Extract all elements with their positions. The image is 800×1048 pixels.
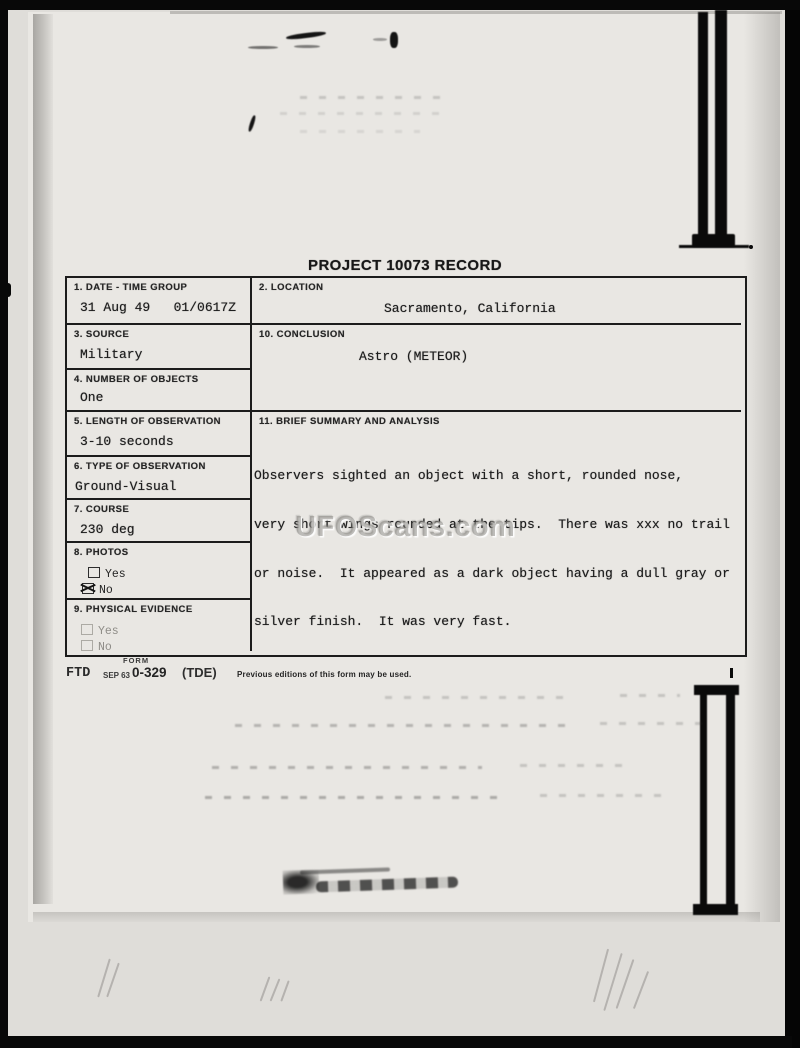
- physical-evidence-no-label: No: [98, 641, 112, 654]
- scanned-document-page: PROJECT 10073 RECORD 1. DATE - TIME GROU…: [0, 0, 800, 1048]
- footer-form-word: FORM: [123, 656, 149, 665]
- field-label: 2. LOCATION: [252, 278, 741, 293]
- film-edge-black-band: [785, 0, 800, 1048]
- film-splice-mark: [693, 904, 738, 915]
- field-label: 1. DATE - TIME GROUP: [67, 278, 250, 293]
- field-source: 3. SOURCE Military: [67, 325, 252, 370]
- physical-evidence-yes-checkbox: [81, 624, 93, 635]
- faint-bleed-text: [212, 766, 482, 769]
- physical-evidence-yes-label: Yes: [98, 625, 119, 638]
- frame-top-bar: [0, 0, 800, 10]
- field-photos: 8. PHOTOS Yes No: [67, 543, 252, 600]
- film-dot-mark: [749, 245, 753, 249]
- field-value: Military: [80, 347, 250, 362]
- faint-bleed-text: [540, 794, 670, 797]
- footer-agency: FTD: [66, 666, 90, 681]
- summary-line: Observers sighted an object with a short…: [254, 468, 741, 484]
- field-label: 8. PHOTOS: [67, 543, 250, 558]
- field-location: 2. LOCATION Sacramento, California: [252, 278, 741, 325]
- footer-form-date: SEP 63: [103, 671, 130, 680]
- document-title: PROJECT 10073 RECORD: [65, 257, 745, 274]
- faint-bleed-text: [205, 796, 505, 799]
- paper-right-edge-shadow: [744, 12, 780, 922]
- field-label: 3. SOURCE: [67, 325, 250, 340]
- field-value: One: [80, 390, 250, 405]
- field-label: 5. LENGTH OF OBSERVATION: [67, 412, 250, 427]
- summary-text: Observers sighted an object with a short…: [254, 436, 741, 663]
- field-label: 11. BRIEF SUMMARY AND ANALYSIS: [252, 412, 741, 427]
- frame-left-bar: [0, 0, 8, 1048]
- field-value: 230 deg: [80, 522, 250, 537]
- physical-evidence-no-checkbox: [81, 640, 93, 651]
- ink-smudge: [294, 45, 320, 48]
- faint-bleed-text: [620, 694, 680, 697]
- footer-form-suffix: (TDE): [182, 665, 217, 680]
- photos-no-checkbox-checked: [82, 583, 94, 594]
- faint-bleed-text: [600, 722, 710, 725]
- faint-bleed-text: [300, 130, 420, 133]
- photos-no-label: No: [99, 584, 113, 597]
- faint-bleed-text: [385, 696, 565, 699]
- field-length-of-observation: 5. LENGTH OF OBSERVATION 3-10 seconds: [67, 412, 252, 457]
- film-splice-mark: [715, 10, 727, 240]
- field-physical-evidence: 9. PHYSICAL EVIDENCE Yes No: [67, 600, 252, 651]
- field-value: 3-10 seconds: [80, 434, 250, 449]
- footer-note: Previous editions of this form may be us…: [237, 670, 411, 679]
- faint-bleed-text: [280, 112, 450, 115]
- watermark-text: UFOScans.com: [295, 511, 515, 544]
- photos-yes-checkbox: [88, 567, 100, 578]
- photos-yes-label: Yes: [105, 568, 126, 581]
- field-label: 4. NUMBER OF OBJECTS: [67, 370, 250, 385]
- footer-form-number: 0-329: [132, 665, 167, 680]
- paper-top-edge-shadow: [170, 11, 782, 14]
- film-tick-mark: [730, 668, 733, 678]
- summary-line: or noise. It appeared as a dark object h…: [254, 566, 741, 582]
- field-label: 7. COURSE: [67, 500, 250, 515]
- field-date-time-group: 1. DATE - TIME GROUP 31 Aug 49 01/0617Z: [67, 278, 252, 325]
- frame-bottom-bar: [0, 1036, 792, 1048]
- film-splice-mark: [679, 245, 749, 248]
- ink-smudge: [373, 38, 387, 41]
- field-value: 31 Aug 49 01/0617Z: [80, 300, 250, 315]
- record-form-table: 1. DATE - TIME GROUP 31 Aug 49 01/0617Z …: [65, 276, 747, 657]
- faint-bleed-text: [300, 96, 450, 99]
- field-conclusion: 10. CONCLUSION Astro (METEOR): [252, 325, 741, 412]
- faint-bleed-text: [235, 724, 565, 727]
- ink-smudge: [248, 46, 278, 49]
- field-number-of-objects: 4. NUMBER OF OBJECTS One: [67, 370, 252, 412]
- paper-left-edge-shadow: [33, 14, 53, 904]
- field-value: Sacramento, California: [384, 301, 741, 316]
- frame-left-nub: [0, 283, 11, 297]
- faint-bleed-text: [520, 764, 630, 767]
- field-value: Astro (METEOR): [359, 349, 741, 364]
- film-splice-mark: [726, 692, 735, 908]
- field-label: 9. PHYSICAL EVIDENCE: [67, 600, 250, 615]
- field-label: 6. TYPE OF OBSERVATION: [67, 457, 250, 472]
- field-label: 10. CONCLUSION: [252, 325, 741, 340]
- film-splice-mark: [698, 12, 708, 240]
- paper-bottom-edge-shadow: [33, 912, 760, 922]
- field-value: Ground-Visual: [75, 479, 250, 494]
- field-type-of-observation: 6. TYPE OF OBSERVATION Ground-Visual: [67, 457, 252, 500]
- field-course: 7. COURSE 230 deg: [67, 500, 252, 543]
- summary-line: silver finish. It was very fast.: [254, 614, 741, 630]
- ink-smudge: [390, 32, 398, 48]
